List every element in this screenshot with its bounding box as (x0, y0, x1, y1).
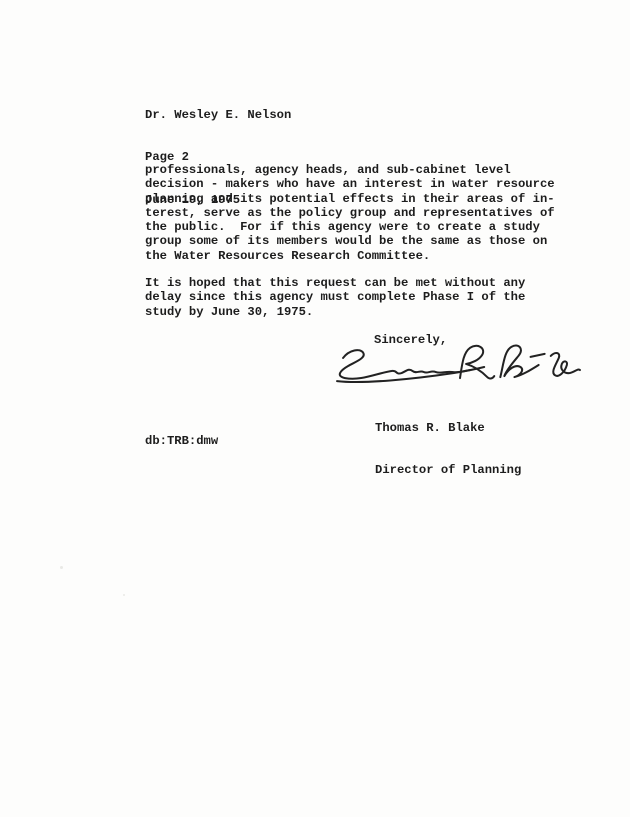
signature-block: Thomas R. Blake Director of Planning (375, 392, 521, 506)
reference-initials: db:TRB:dmw (145, 434, 218, 448)
body-paragraph-1: professionals, agency heads, and sub-cab… (145, 163, 555, 263)
letter-page: Dr. Wesley E. Nelson Page 2 June 19, 197… (0, 0, 630, 817)
handwritten-signature-image (333, 342, 585, 394)
scan-speck (123, 594, 125, 596)
signer-name: Thomas R. Blake (375, 421, 521, 435)
recipient-name: Dr. Wesley E. Nelson (145, 108, 291, 122)
scan-speck (60, 566, 63, 569)
signer-title: Director of Planning (375, 463, 521, 477)
body-paragraph-2: It is hoped that this request can be met… (145, 276, 525, 319)
